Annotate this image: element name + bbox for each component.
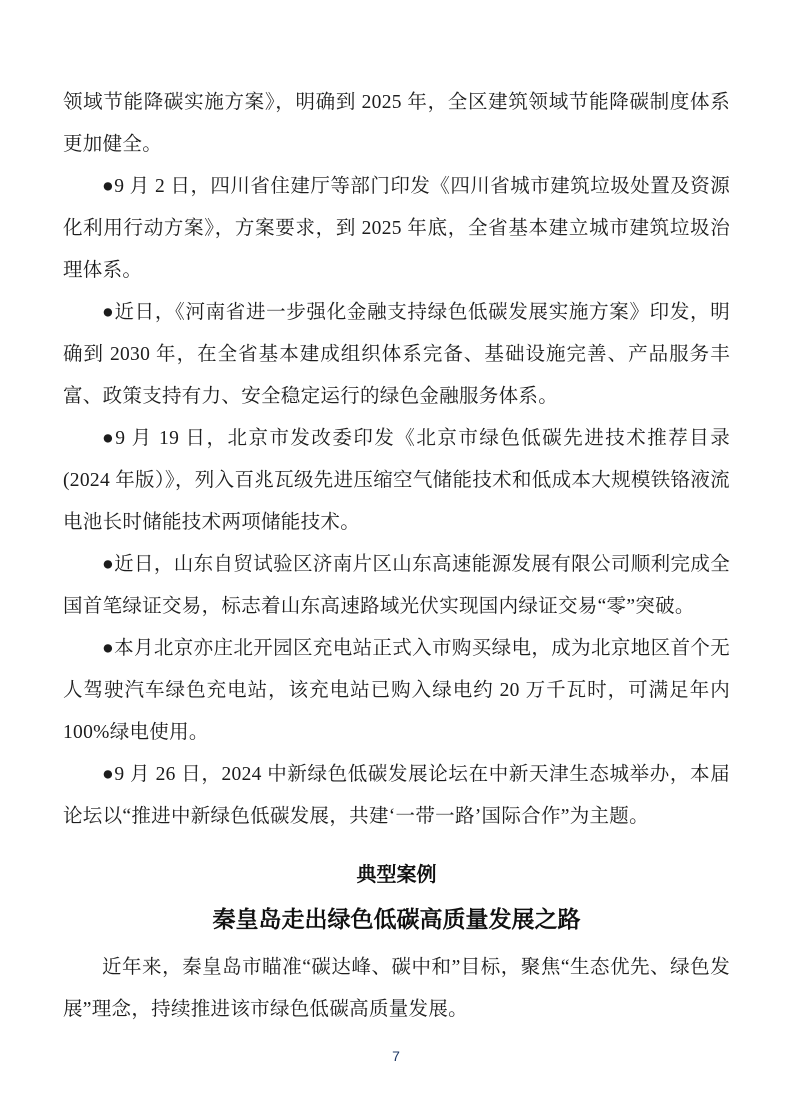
section-title: 典型案例 xyxy=(63,855,730,895)
page-content: 领域节能降碳实施方案》，明确到 2025 年，全区建筑领域节能降碳制度体系更加健… xyxy=(63,82,730,1031)
document-page: 领域节能降碳实施方案》，明确到 2025 年，全区建筑领域节能降碳制度体系更加健… xyxy=(0,0,792,1119)
body-paragraph: 领域节能降碳实施方案》，明确到 2025 年，全区建筑领域节能降碳制度体系更加健… xyxy=(63,82,730,166)
bullet-paragraph: ●近日，山东自贸试验区济南片区山东高速能源发展有限公司顺利完成全国首笔绿证交易，… xyxy=(63,544,730,628)
body-paragraph: 近年来，秦皇岛市瞄准“碳达峰、碳中和”目标，聚焦“生态优先、绿色发展”理念，持续… xyxy=(63,947,730,1031)
case-study-title: 秦皇岛走出绿色低碳高质量发展之路 xyxy=(63,897,730,941)
bullet-paragraph: ●9 月 19 日，北京市发改委印发《北京市绿色低碳先进技术推荐目录(2024 … xyxy=(63,418,730,544)
bullet-paragraph: ●9 月 2 日，四川省住建厅等部门印发《四川省城市建筑垃圾处置及资源化利用行动… xyxy=(63,166,730,292)
bullet-paragraph: ●近日，《河南省进一步强化金融支持绿色低碳发展实施方案》印发，明确到 2030 … xyxy=(63,292,730,418)
bullet-paragraph: ●本月北京亦庄北开园区充电站正式入市购买绿电，成为北京地区首个无人驾驶汽车绿色充… xyxy=(63,628,730,754)
page-number: 7 xyxy=(0,1047,792,1065)
bullet-paragraph: ●9 月 26 日，2024 中新绿色低碳发展论坛在中新天津生态城举办，本届论坛… xyxy=(63,754,730,838)
